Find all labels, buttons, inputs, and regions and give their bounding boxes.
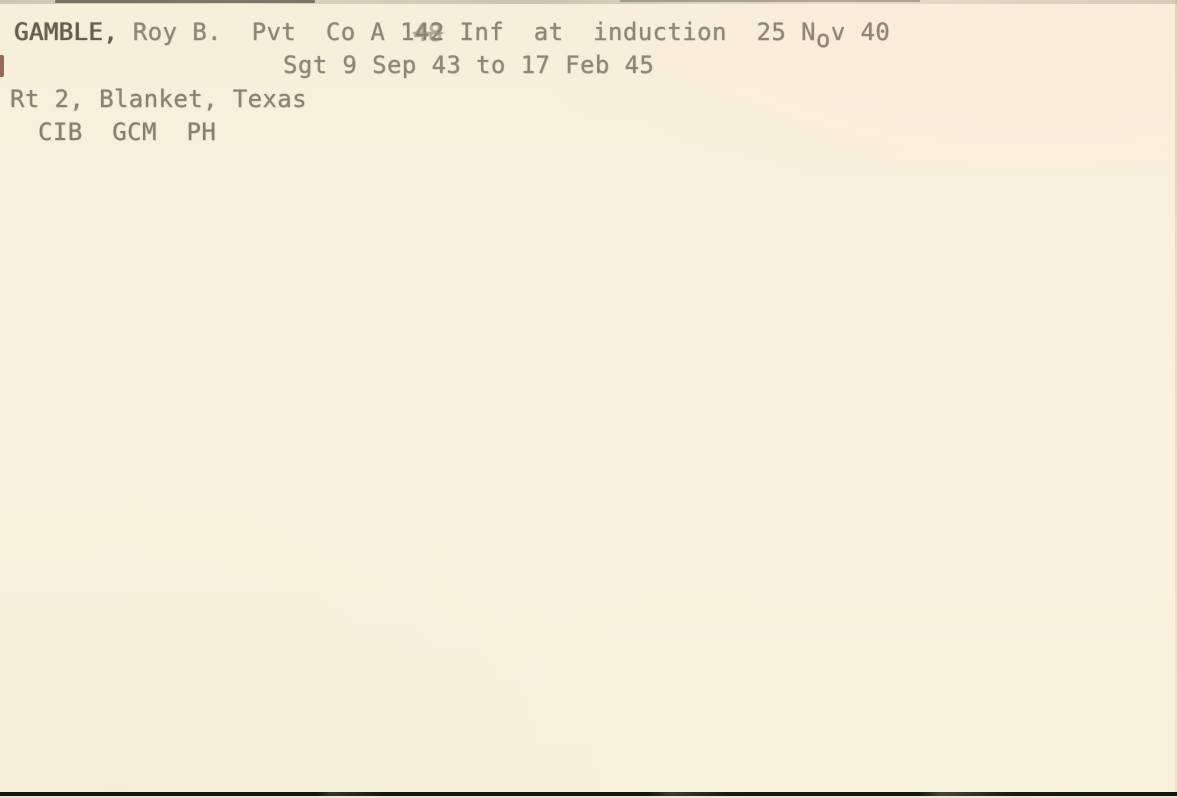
service-line: GAMBLE, Roy B. Pvt Co A 14248 Inf at ind… — [14, 18, 890, 46]
promotion-line: Sgt 9 Sep 43 to 17 Feb 45 — [283, 51, 654, 79]
induction-year-text: v 40 — [831, 18, 890, 46]
scan-edge-top-faint-segment — [620, 0, 920, 2]
unit-number-text: 142 — [400, 18, 445, 46]
name-rank-unit-text: Roy B. Pvt Co A — [118, 18, 400, 46]
surname-text: GAMBLE, — [14, 18, 118, 46]
address-line: Rt 2, Blanket, Texas — [10, 85, 307, 113]
month-subscript-letter: o — [816, 25, 831, 53]
awards-line: CIB GCM PH — [38, 118, 216, 146]
scan-edge-top-dark-segment — [55, 0, 315, 3]
induction-text: Inf at induction 25 N — [445, 18, 816, 46]
left-edge-mark — [0, 55, 4, 77]
index-card: GAMBLE, Roy B. Pvt Co A 14248 Inf at ind… — [0, 0, 1177, 798]
unit-number-overstruck: 14248 — [400, 18, 445, 46]
